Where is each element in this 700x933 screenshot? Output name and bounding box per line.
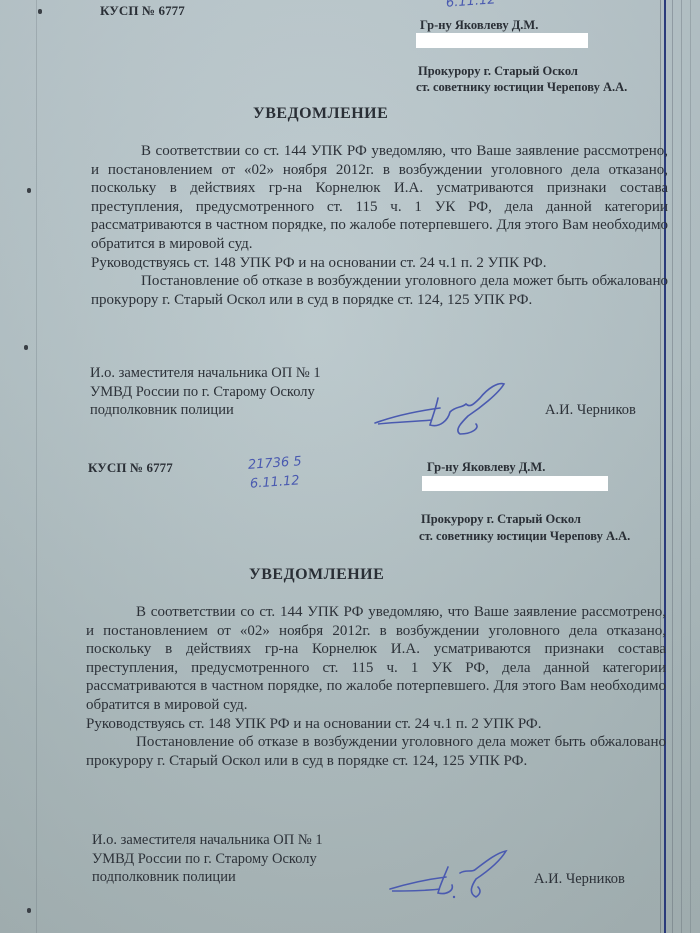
addressee-citizen: Гр-ну Яковлеву Д.М. [427,459,545,476]
kusp-number: КУСП № 6777 [88,460,173,476]
body-paragraph: Руководствуясь ст. 148 УПК РФ и на основ… [91,254,668,273]
redacted-address [416,33,588,48]
handwritten-date: 6.11.12 [446,0,497,12]
notice-title: УВЕДОМЛЕНИЕ [253,105,388,123]
signature-block: И.о. заместителя начальника ОП № 1 УМВД … [92,831,323,887]
signer-position-line3: подполковник полиции [92,868,323,887]
handwritten-signature-icon [370,378,520,438]
body-paragraph: Постановление об отказе в возбуждении уг… [91,272,668,309]
addressee-citizen: Гр-ну Яковлеву Д.М. [420,17,538,34]
notice-body: В соответствии со ст. 144 УПК РФ уведомл… [91,142,668,309]
body-paragraph: В соответствии со ст. 144 УПК РФ уведомл… [91,142,668,254]
body-paragraph: Постановление об отказе в возбуждении уг… [86,733,666,770]
addressee-prosecutor-line2: ст. советнику юстиции Черепову А.А. [419,528,630,545]
body-paragraph: Руководствуясь ст. 148 УПК РФ и на основ… [86,715,666,734]
signer-position-line2: УМВД России по г. Старому Осколу [90,383,321,402]
kusp-number: КУСП № 6777 [100,3,185,19]
handwritten-registration-number: 21736 5 [248,454,303,474]
signer-position-line3: подполковник полиции [90,401,321,420]
addressee-prosecutor-line2: ст. советнику юстиции Черепову А.А. [416,79,627,96]
notice-body: В соответствии со ст. 144 УПК РФ уведомл… [86,603,666,770]
signer-position-line1: И.о. заместителя начальника ОП № 1 [92,831,323,850]
signer-name: А.И. Черников [534,871,625,888]
signer-name: А.И. Черников [545,402,636,419]
body-paragraph: В соответствии со ст. 144 УПК РФ уведомл… [86,603,666,715]
notice-top: КУСП № 6777 6.11.12 Гр-ну Яковлеву Д.М. … [0,0,700,450]
signer-position-line2: УМВД России по г. Старому Осколу [92,850,323,869]
redacted-address [422,476,608,491]
handwritten-signature-icon [380,845,530,905]
notice-bottom: КУСП № 6777 21736 5 6.11.12 Гр-ну Яковле… [0,450,700,933]
signer-position-line1: И.о. заместителя начальника ОП № 1 [90,364,321,383]
notice-title: УВЕДОМЛЕНИЕ [249,566,384,584]
addressee-prosecutor-line1: Прокурору г. Старый Оскол [418,63,578,80]
addressee-prosecutor-line1: Прокурору г. Старый Оскол [421,511,581,528]
signature-block: И.о. заместителя начальника ОП № 1 УМВД … [90,364,321,420]
handwritten-date: 6.11.12 [250,473,301,492]
